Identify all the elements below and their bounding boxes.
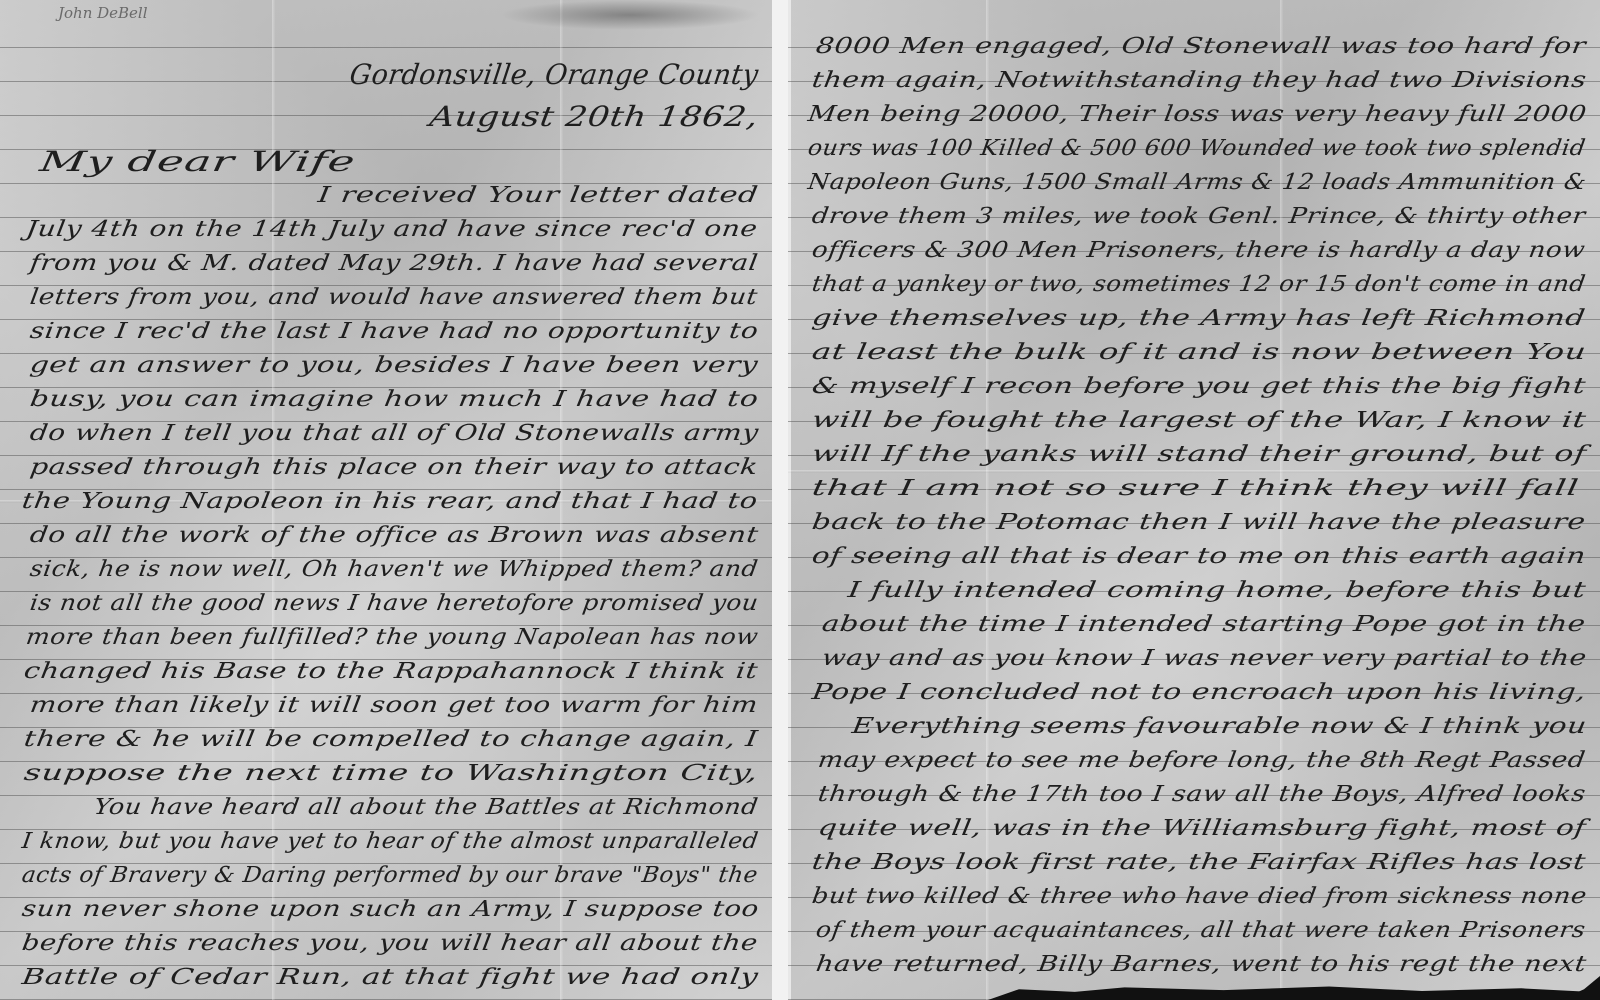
letter-place: Gordonsville, Orange County — [348, 58, 761, 91]
letter-line: through & the 17th too I saw all the Boy… — [816, 782, 1587, 807]
letter-line: sun never shone upon such an Army, I sup… — [20, 897, 760, 922]
letter-line: there & he will be compelled to change a… — [22, 727, 759, 752]
letter-line: acts of Bravery & Daring performed by ou… — [20, 863, 759, 888]
ink-smudge — [500, 0, 760, 30]
letter-line: do all the work of the office as Brown w… — [28, 523, 760, 548]
letter-line: way and as you know I was never very par… — [820, 646, 1588, 671]
letter-line: get an answer to you, besides I have bee… — [28, 353, 760, 378]
letter-line: Battle of Cedar Run, at that fight we ha… — [20, 965, 760, 990]
letter-line: of them your acquaintances, all that wer… — [814, 918, 1587, 943]
letter-line: I know, but you have yet to hear of the … — [20, 829, 760, 854]
letter-page-left: John DeBell Gordonsville, Orange County … — [0, 0, 772, 1000]
letter-line: more than been fullfilled? the young Nap… — [24, 625, 760, 650]
letter-line: back to the Potomac then I will have the… — [810, 510, 1587, 535]
letter-line: I received Your letter dated — [316, 183, 760, 208]
letter-line: I fully intended coming home, before thi… — [846, 578, 1587, 603]
letter-line: changed his Base to the Rappahannock I t… — [22, 659, 759, 684]
letter-line: Men being 20000, Their loss was very hea… — [806, 102, 1588, 127]
paper-fold — [788, 470, 1600, 473]
letter-line: ours was 100 Killed & 500 600 Wounded we… — [806, 136, 1587, 161]
letter-line: busy, you can imagine how much I have ha… — [28, 387, 760, 412]
letter-line: Pope I concluded not to encroach upon hi… — [810, 680, 1588, 705]
letter-line: is not all the good news I have heretofo… — [28, 591, 760, 616]
letter-line: at least the bulk of it and is now betwe… — [810, 340, 1588, 365]
letter-line: will If the yanks will stand their groun… — [810, 442, 1588, 467]
letter-line: that I am not so sure I think they will … — [810, 476, 1580, 501]
letter-line: will be fought the largest of the War, I… — [810, 408, 1588, 433]
letter-line: before this reaches you, you will hear a… — [20, 931, 759, 956]
letter-line: officers & 300 Men Prisoners, there is h… — [810, 238, 1587, 263]
archival-annotation: John DeBell — [58, 4, 148, 22]
letter-line: give themselves up, the Army has left Ri… — [810, 306, 1587, 331]
letter-date: August 20th 1862, — [428, 100, 761, 133]
letter-line: about the time I intended starting Pope … — [820, 612, 1587, 637]
letter-line: them again, Notwithstanding they had two… — [810, 68, 1588, 93]
salutation: My dear Wife — [38, 145, 358, 178]
letter-line: the Young Napoleon in his rear, and that… — [20, 489, 759, 514]
letter-line: letters from you, and would have answere… — [28, 285, 759, 310]
letter-line: & myself I recon before you get this the… — [810, 374, 1587, 399]
letter-line: the Boys look first rate, the Fairfax Ri… — [810, 850, 1587, 875]
letter-line: quite well, was in the Williamsburg figh… — [816, 816, 1588, 841]
letter-line: from you & M. dated May 29th. I have had… — [28, 251, 760, 276]
letter-line: but two killed & three who have died fro… — [810, 884, 1588, 909]
letter-line: more than likely it will soon get too wa… — [28, 693, 759, 718]
letter-line: 8000 Men engaged, Old Stonewall was too … — [814, 34, 1587, 59]
letter-page-right: 8000 Men engaged, Old Stonewall was too … — [788, 0, 1600, 1000]
letter-line: Napoleon Guns, 1500 Small Arms & 12 load… — [806, 170, 1588, 195]
letter-line: sick, he is now well, Oh haven't we Whip… — [28, 557, 759, 582]
page-gutter — [772, 0, 788, 1000]
letter-line: may expect to see me before long, the 8t… — [816, 748, 1587, 773]
letter-line: July 4th on the 14th July and have since… — [24, 217, 759, 242]
letter-line: have returned, Billy Barnes, went to his… — [814, 952, 1588, 977]
letter-line: since I rec'd the last I have had no opp… — [28, 319, 760, 344]
letter-line: that a yankey or two, sometimes 12 or 15… — [810, 272, 1587, 297]
letter-line: suppose the next time to Washington City… — [22, 761, 760, 786]
letter-line: do when I tell you that all of Old Stone… — [28, 421, 760, 446]
letter-line: drove them 3 miles, we took Genl. Prince… — [810, 204, 1587, 229]
letter-line: of seeing all that is dear to me on this… — [810, 544, 1587, 569]
letter-line: Everything seems favourable now & I thin… — [850, 714, 1588, 739]
letter-line: passed through this place on their way t… — [28, 455, 760, 480]
letter-line: You have heard all about the Battles at … — [92, 795, 760, 820]
